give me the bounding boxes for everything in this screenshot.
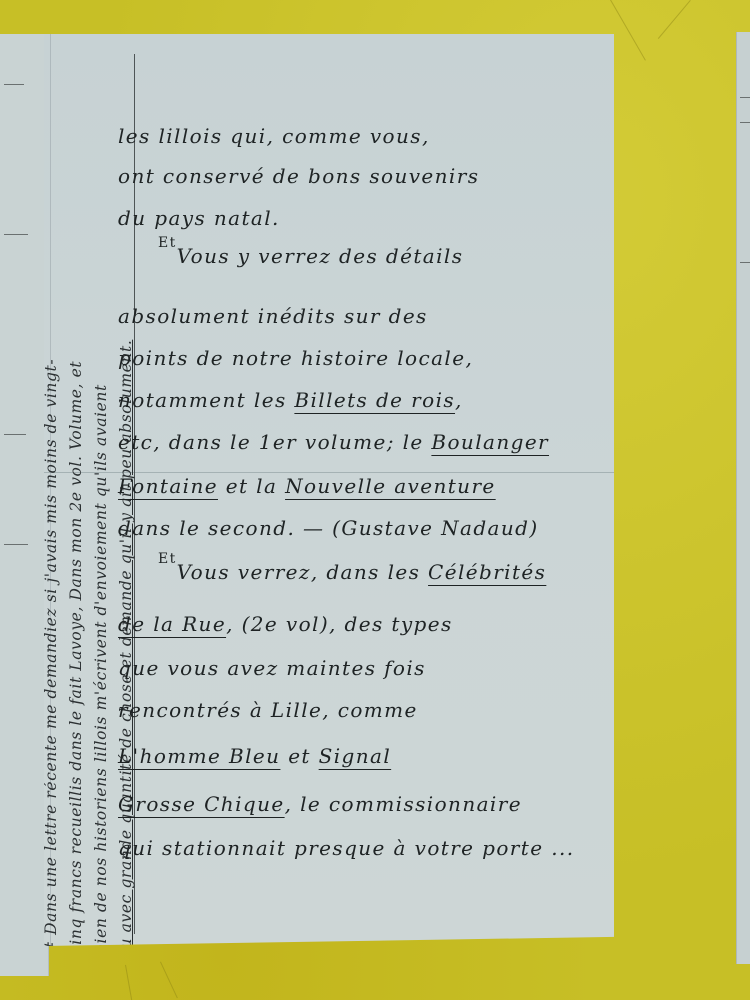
body-line-composite: Grosse Chique, le commissionnaire — [118, 792, 522, 816]
body-line-composite: notamment les Billets de rois, — [118, 388, 463, 412]
underlined-title: Signal — [319, 744, 392, 768]
insertion-mark: Et — [158, 235, 177, 251]
body-line: Vous verrez, dans les — [177, 560, 428, 584]
previous-page-edge — [0, 34, 49, 976]
body-line-composite: Fontaine et la Nouvelle aventure — [118, 474, 496, 498]
margin-note-line: lu avec grande quantité de chose et dema… — [114, 64, 139, 954]
body-line: , le commissionnaire — [285, 792, 522, 816]
body-line: ont conservé de bons souvenirs — [118, 164, 479, 188]
underlined-title: Célébrités — [428, 560, 546, 584]
body-line: que vous avez maintes fois — [118, 656, 426, 680]
underlined-title: Fontaine — [118, 474, 218, 498]
body-line: et la — [218, 474, 285, 498]
body-line: les lillois qui, comme vous, — [118, 124, 430, 148]
ink-stroke — [740, 262, 750, 263]
underlined-title: L'homme Bleu — [118, 744, 280, 768]
body-line: points de notre histoire locale, — [118, 346, 473, 370]
ink-stroke — [740, 122, 750, 123]
body-line: notamment les — [118, 388, 294, 412]
ink-stroke — [4, 234, 28, 235]
body-line-with-mark: EtVous y verrez des détails — [158, 244, 463, 268]
punctuation: , — [455, 388, 463, 412]
insertion-mark: Et — [158, 551, 177, 567]
body-line: qui stationnait presque à votre porte ..… — [118, 836, 574, 860]
body-line-composite: de la Rue, (2e vol), des types — [118, 612, 453, 636]
ink-stroke — [4, 544, 28, 545]
backdrop-crease — [658, 0, 691, 39]
body-line-composite: etc, dans le 1er volume; le Boulanger — [118, 430, 549, 454]
backdrop-crease — [610, 0, 646, 61]
letter-page: # Dans une lettre récente me demandiez s… — [44, 34, 614, 946]
body-line: dans le second. — (Gustave Nadaud) — [118, 516, 539, 540]
ink-stroke — [4, 434, 26, 435]
body-line: absolument inédits sur des — [118, 304, 428, 328]
backdrop-crease — [160, 962, 178, 999]
margin-note-line: bien de nos historiens lillois m'écriven… — [89, 64, 114, 954]
underlined-title: Billets de rois — [294, 388, 455, 412]
margin-note: # Dans une lettre récente me demandiez s… — [39, 64, 149, 954]
body-line-composite: L'homme Bleu et Signal — [118, 744, 391, 768]
body-line: et — [280, 744, 318, 768]
underlined-title: Nouvelle aventure — [285, 474, 496, 498]
body-line: du pays natal. — [118, 206, 280, 230]
next-page-edge — [736, 32, 750, 964]
underlined-title: de la Rue — [118, 612, 226, 636]
ink-stroke — [740, 97, 750, 98]
body-line: Vous y verrez des détails — [177, 244, 464, 268]
underlined-title: Grosse Chique — [118, 792, 285, 816]
body-line-composite: EtVous verrez, dans les Célébrités — [158, 560, 546, 584]
ink-stroke — [4, 84, 24, 85]
underlined-title: Boulanger — [431, 430, 549, 454]
body-line: etc, dans le 1er volume; le — [118, 430, 431, 454]
body-line: rencontrés à Lille, comme — [118, 698, 418, 722]
backdrop-crease — [125, 965, 133, 1000]
body-line: , (2e vol), des types — [226, 612, 453, 636]
margin-note-line: cinq francs recueillis dans le fait Lavo… — [64, 64, 89, 954]
